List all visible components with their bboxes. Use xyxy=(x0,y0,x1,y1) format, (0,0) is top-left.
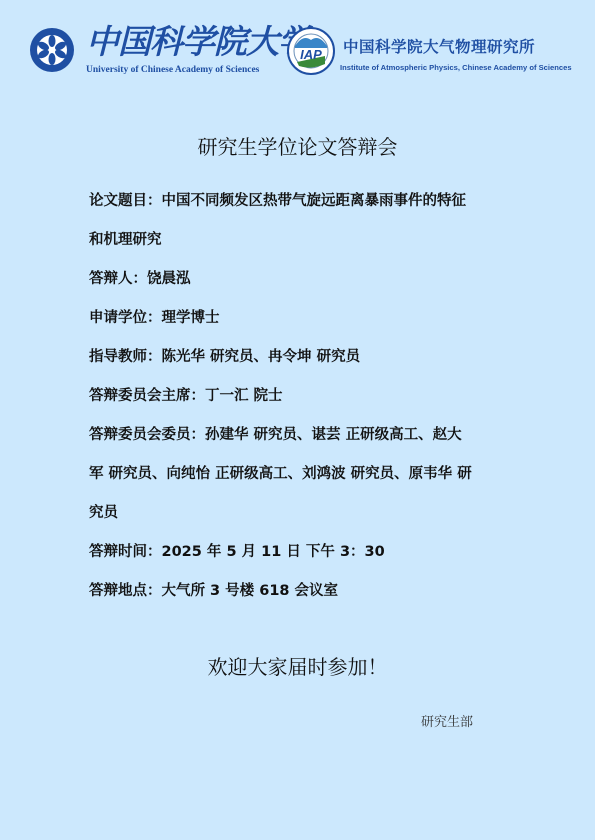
committee-members-line-1: 答辩委员会委员：孙建华 研究员、谌芸 正研级高工、赵大 xyxy=(89,423,462,444)
thesis-title-line-1: 论文题目：中国不同频发区热带气旋远距离暴雨事件的特征 xyxy=(89,189,466,210)
thesis-title-line-2: 和机理研究 xyxy=(89,228,162,249)
welcome-message: 欢迎大家届时参加！ xyxy=(0,651,595,680)
iap-name-en: Institute of Atmospheric Physics, Chines… xyxy=(340,63,572,72)
committee-members-line-3: 究员 xyxy=(89,501,118,522)
degree: 申请学位：理学博士 xyxy=(89,306,220,327)
defender: 答辩人：饶晨泓 xyxy=(89,267,191,288)
ucas-name-cn: 中国科学院大学 xyxy=(86,24,310,60)
ucas-name-en: University of Chinese Academy of Science… xyxy=(86,65,259,75)
iap-emblem-icon: IAP xyxy=(287,26,335,76)
header-logos: 中国科学院大学 University of Chinese Academy of… xyxy=(0,22,595,82)
committee-members-line-2: 军 研究员、向纯怡 正研级高工、刘鸿波 研究员、原韦华 研 xyxy=(89,462,472,483)
svg-text:IAP: IAP xyxy=(300,47,322,62)
page-title: 研究生学位论文答辩会 xyxy=(0,131,595,160)
department-signature: 研究生部 xyxy=(421,711,473,730)
defense-time: 答辩时间：2025 年 5 月 11 日 下午 3：30 xyxy=(89,540,385,561)
defense-location: 答辩地点：大气所 3 号楼 618 会议室 xyxy=(89,579,338,600)
ucas-emblem-icon xyxy=(29,27,75,73)
iap-name-cn: 中国科学院大气物理研究所 xyxy=(343,35,535,57)
committee-chair: 答辩委员会主席：丁一汇 院士 xyxy=(89,384,283,405)
supervisors: 指导教师：陈光华 研究员、冉令坤 研究员 xyxy=(89,345,360,366)
